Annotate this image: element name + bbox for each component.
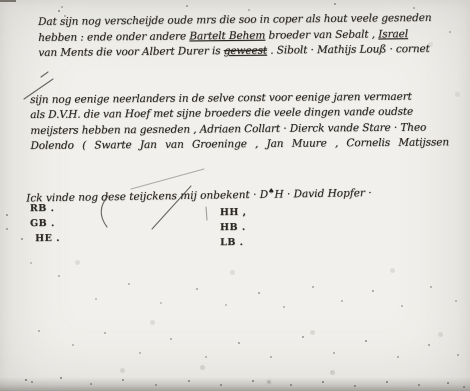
paragraph-old-masters: Dat sijn nog verscheijde oude mrs die so… [38, 11, 432, 62]
ink-stroke-tick [41, 72, 48, 77]
line-text: Dolendo ( Swarte Jan van Groeninge , Jan… [30, 137, 449, 153]
photo-bottom-edge-shadow [0, 377, 470, 391]
monogram-item: HB . [220, 221, 247, 236]
manuscript-page-photo: Dat sijn nog verscheijde oude mrs die so… [0, 0, 470, 391]
line-text: hebben : ende onder andere [38, 30, 189, 44]
manuscript-line: van Ments die voor Albert Durer is gewee… [38, 42, 432, 62]
monogram-item: LB . [220, 235, 247, 250]
line-text: Dat sijn nog verscheijde oude mrs die so… [38, 12, 432, 28]
monogram-item: RB . [30, 202, 60, 217]
monogram-column-left: RB . GB . HE . [30, 202, 60, 247]
underlined-name-bartelt-behem: Bartelt Behem [189, 29, 265, 42]
line-text: sijn nog eenige neerlanders in de selve … [30, 91, 412, 106]
line-text: broeder van Sebalt , [265, 28, 378, 41]
manuscript-line: Dolendo ( Swarte Jan van Groeninge , Jan… [30, 136, 449, 155]
monogram-item: GB . [30, 217, 60, 232]
monogram-item: HH , [220, 206, 247, 221]
annotation-unknown-marks: Ick vinde nog dese teijckens mij onbeken… [26, 183, 372, 206]
line-text: Ick vinde nog dese teijckens mij onbeken… [26, 189, 268, 205]
line-text: van Ments die voor Albert Durer is [38, 45, 223, 59]
line-text: meijsters hebben na gesneden , Adriaen C… [30, 121, 426, 136]
monogram-column-middle: HH , HB . LB . [220, 206, 247, 251]
monogram-item: HE . [35, 231, 60, 246]
line-text: . Sibolt · Mathijs Louß · cornet [267, 43, 430, 57]
paragraph-netherlandish-engravers: sijn nog eenige neerlanders in de selve … [30, 89, 449, 154]
ink-stroke-vertical-tick [206, 207, 207, 220]
line-text: H · David Hopfer · [274, 187, 371, 201]
underlined-name-israel: Israel [378, 28, 408, 40]
scratched-word: geweest [224, 45, 267, 57]
line-text: als D.V.H. die van Hoef met sijne broede… [30, 106, 413, 121]
photo-edge-mark [0, 0, 16, 2]
